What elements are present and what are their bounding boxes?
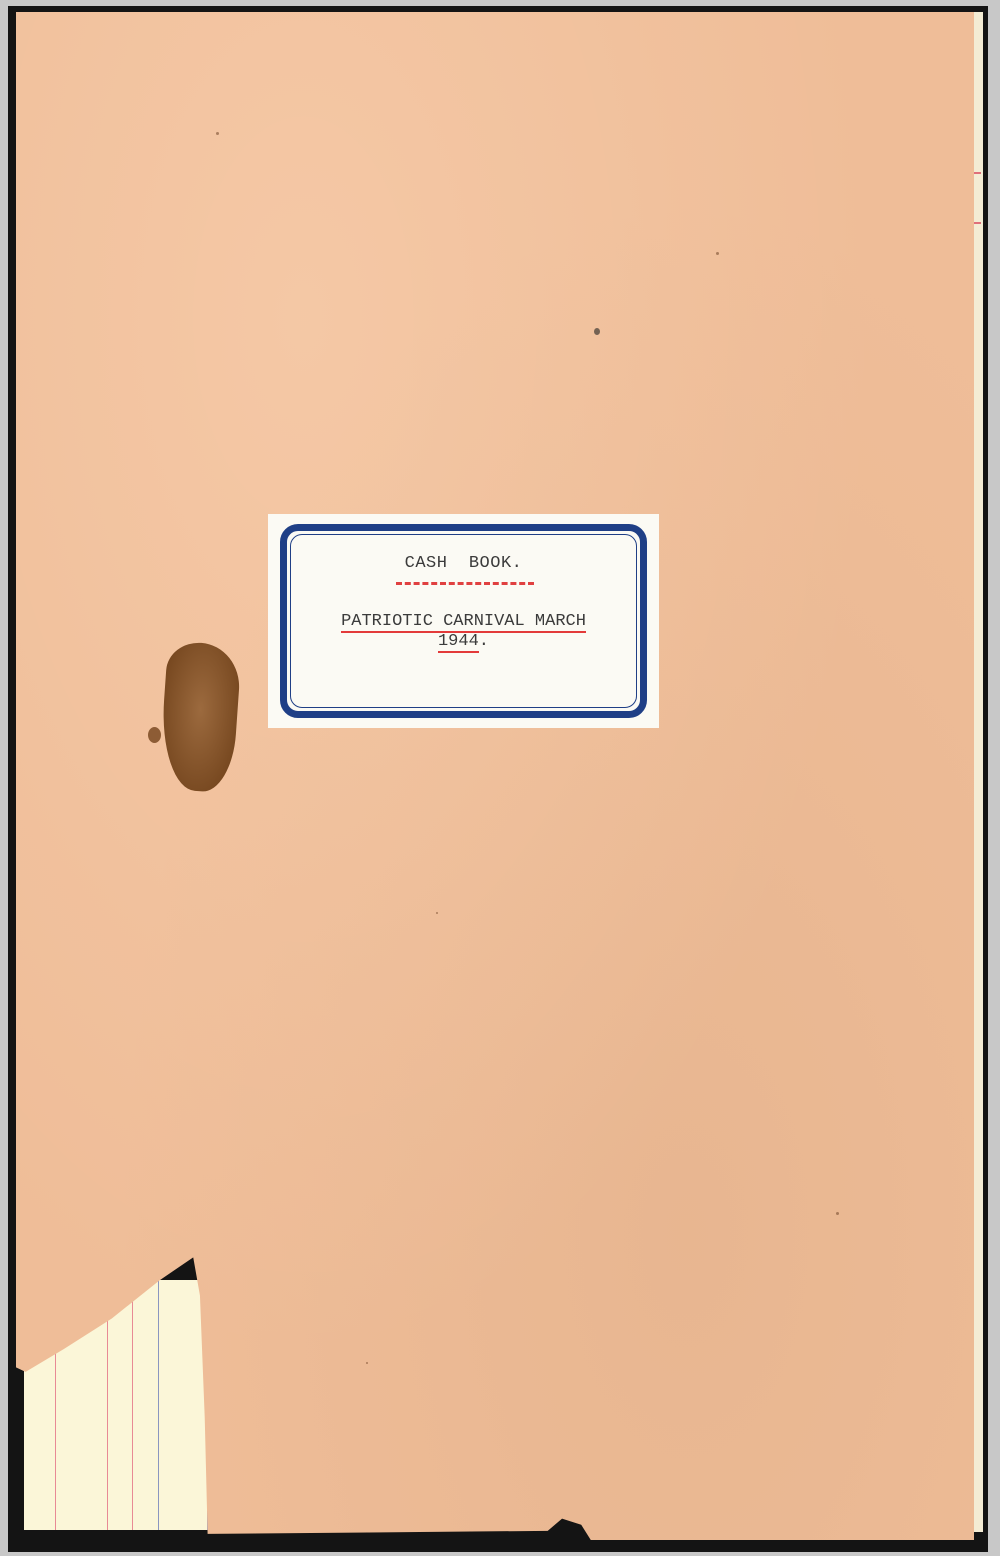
stain-spot (148, 727, 161, 743)
label-subtitle: PATRIOTIC CARNIVAL MARCH 1944. (268, 612, 659, 652)
subtitle-period: . (479, 632, 489, 651)
label-title: CASH BOOK. (268, 554, 659, 573)
subtitle-year: 1944 (438, 632, 479, 653)
speck (366, 1362, 368, 1364)
speck (836, 1212, 839, 1215)
speck (436, 912, 438, 914)
cover-label: CASH BOOK. PATRIOTIC CARNIVAL MARCH 1944… (268, 514, 659, 728)
speck (716, 252, 719, 255)
title-dashed-underline (396, 582, 534, 585)
ledger-rule (158, 1280, 159, 1530)
speck (216, 132, 219, 135)
subtitle-line-1: PATRIOTIC CARNIVAL MARCH (341, 612, 586, 633)
ledger-rule (132, 1280, 133, 1530)
ink-dot (594, 328, 600, 335)
